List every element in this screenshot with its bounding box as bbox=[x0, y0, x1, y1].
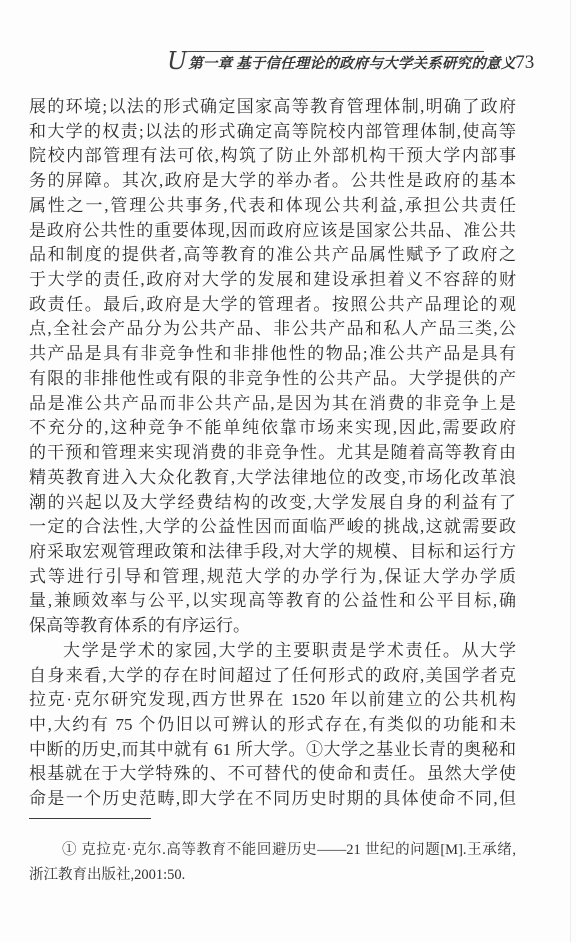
text-line: 一定的合法性,大学的公益性因而面临严峻的挑战,这就需要政 bbox=[29, 515, 516, 540]
text-line: 府采取宏观管理政策和法律手段,对大学的规模、目标和运行方 bbox=[29, 540, 516, 565]
text-line: 院校内部管理有法可依,构筑了防止外部机构干预大学内部事 bbox=[29, 144, 516, 169]
text-line: 保高等教育体系的有序运行。 bbox=[29, 614, 516, 639]
text-line: 量,兼顾效率与公平,以实现高等教育的公益性和公平目标,确 bbox=[29, 589, 516, 614]
chapter-title: 第一章 基于信任理论的政府与大学关系研究的意义 bbox=[188, 51, 484, 73]
text-line: 品和制度的提供者,高等教育的准公共产品属性赋予了政府之 bbox=[29, 243, 516, 268]
text-line: 中,大约有 75 个仍旧以可辨认的形式存在,有类似的功能和未 bbox=[29, 713, 516, 738]
text-line: 务的屏障。其次,政府是大学的举办者。公共性是政府的基本 bbox=[29, 169, 516, 194]
text-line: 拉克·克尔研究发现,西方世界在 1520 年以前建立的公共机构 bbox=[29, 688, 516, 713]
text-line: 自身来看,大学的存在时间超过了任何形式的政府,美国学者克 bbox=[29, 664, 516, 689]
text-line: 大学是学术的家园,大学的主要职责是学术责任。从大学 bbox=[29, 639, 516, 664]
text-line: 有限的非排他性或有限的非竞争性的公共产品。大学提供的产 bbox=[29, 367, 516, 392]
text-line: 属性之一,管理公共事务,代表和体现公共利益,承担公共责任 bbox=[29, 194, 516, 219]
text-line: 共产品是具有非竞争性和非排他性的物品;准公共产品是具有 bbox=[29, 342, 516, 367]
paragraph-1: 展的环境;以法的形式确定国家高等教育管理体制,明确了政府 和大学的权责;以法的形… bbox=[29, 95, 516, 639]
page-scan-edge bbox=[570, 0, 571, 942]
text-line: 是政府公共性的重要体现,因而政府应该是国家公共品、准公共 bbox=[29, 219, 516, 244]
text-line: 根基就在于大学特殊的、不可替代的使命和责任。虽然大学使 bbox=[29, 762, 516, 787]
body-text: 展的环境;以法的形式确定国家高等教育管理体制,明确了政府 和大学的权责;以法的形… bbox=[29, 95, 516, 812]
text-line: 精英教育进入大众化教育,大学法律地位的改变,市场化改革浪 bbox=[29, 466, 516, 491]
text-line: 的干预和管理来实现消费的非竞争性。尤其是随着高等教育由 bbox=[29, 441, 516, 466]
text-line: 展的环境;以法的形式确定国家高等教育管理体制,明确了政府 bbox=[29, 95, 516, 120]
book-page: U 第一章 基于信任理论的政府与大学关系研究的意义 73 展的环境;以法的形式确… bbox=[0, 0, 576, 942]
footnote-line: 浙江教育出版社,2001:50. bbox=[29, 863, 516, 888]
text-line: 式等进行引导和管理,规范大学的办学行为,保证大学办学质 bbox=[29, 565, 516, 590]
footnote-line: ① 克拉克·克尔.高等教育不能回避历史——21 世纪的问题[M].王承绪,译.杭… bbox=[29, 838, 516, 863]
text-line: 不充分的,这种竞争不能单纯依靠市场来实现,因此,需要政府 bbox=[29, 416, 516, 441]
chapter-ornament-u: U bbox=[167, 49, 187, 73]
text-line: 点,全社会产品分为公共产品、非公共产品和私人产品三类,公 bbox=[29, 317, 516, 342]
text-line: 潮的兴起以及大学经费结构的改变,大学发展自身的利益有了 bbox=[29, 491, 516, 516]
paragraph-2: 大学是学术的家园,大学的主要职责是学术责任。从大学 自身来看,大学的存在时间超过… bbox=[29, 639, 516, 812]
text-line: 命是一个历史范畴,即大学在不同历史时期的具体使命不同,但 bbox=[29, 787, 516, 812]
text-line: 政责任。最后,政府是大学的管理者。按照公共产品理论的观 bbox=[29, 293, 516, 318]
footnote-divider bbox=[29, 818, 151, 819]
text-line: 和大学的权责;以法的形式确定高等院校内部管理体制,使高等 bbox=[29, 120, 516, 145]
page-number: 73 bbox=[515, 52, 534, 74]
footnote: ① 克拉克·克尔.高等教育不能回避历史——21 世纪的问题[M].王承绪,译.杭… bbox=[29, 838, 516, 888]
text-line: 中断的历史,而其中就有 61 所大学。①大学之基业长青的奥秘和 bbox=[29, 738, 516, 763]
text-line: 于大学的责任,政府对大学的发展和建设承担着义不容辞的财 bbox=[29, 268, 516, 293]
text-line: 品是准公共产品而非公共产品,是因为其在消费的非竞争上是 bbox=[29, 392, 516, 417]
page-header: U 第一章 基于信任理论的政府与大学关系研究的意义 73 bbox=[167, 49, 534, 74]
